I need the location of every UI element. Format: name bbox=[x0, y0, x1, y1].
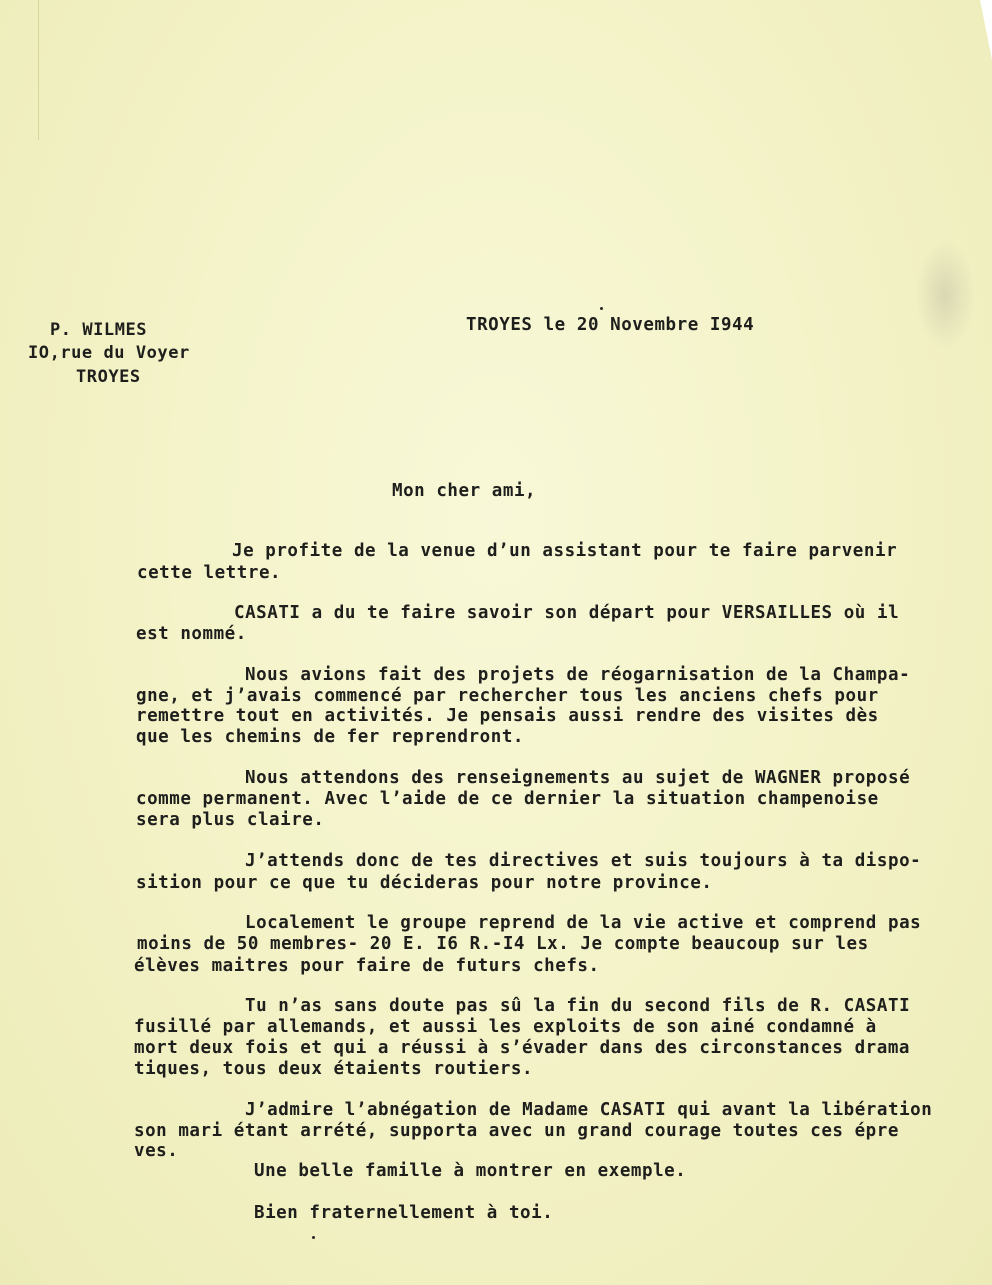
letter-page: P. WILMES IO,rue du Voyer TROYES TROYES … bbox=[0, 0, 992, 1285]
body-line: remettre tout en activités. Je pensais a… bbox=[136, 706, 879, 726]
body-line: mort deux fois et qui a réussi à s’évade… bbox=[134, 1038, 910, 1058]
body-line: ves. bbox=[134, 1141, 178, 1161]
body-line: Nous avions fait des projets de réogarni… bbox=[245, 665, 910, 685]
sender-name: P. WILMES bbox=[50, 320, 147, 340]
body-line: CASATI a du te faire savoir son départ p… bbox=[234, 603, 899, 623]
body-line: gne, et j’avais commencé par rechercher … bbox=[136, 686, 879, 706]
ink-dot bbox=[600, 307, 603, 310]
body-line: Nous attendons des renseignements au suj… bbox=[245, 768, 910, 788]
body-line: sera plus claire. bbox=[136, 810, 324, 830]
dateline: TROYES le 20 Novembre I944 bbox=[466, 315, 754, 335]
ink-dot bbox=[312, 1236, 315, 1239]
body-line: sition pour ce que tu décideras pour not… bbox=[136, 873, 712, 893]
paper-smudge bbox=[915, 240, 975, 350]
body-line: est nommé. bbox=[136, 624, 247, 644]
sender-city: TROYES bbox=[76, 367, 141, 387]
body-line: élèves maitres pour faire de futurs chef… bbox=[134, 956, 600, 976]
body-line: Une belle famille à montrer en exemple. bbox=[254, 1161, 686, 1181]
salutation: Mon cher ami, bbox=[392, 481, 536, 501]
closing: Bien fraternellement à toi. bbox=[254, 1203, 553, 1223]
body-line: Je profite de la venue d’un assistant po… bbox=[232, 541, 897, 561]
body-line: comme permanent. Avec l’aide de ce derni… bbox=[136, 789, 879, 809]
paper-fold-line bbox=[38, 0, 39, 140]
body-line: J’admire l’abnégation de Madame CASATI q… bbox=[245, 1100, 932, 1120]
sender-address: IO,rue du Voyer bbox=[28, 343, 190, 363]
body-line: moins de 50 membres- 20 E. I6 R.-I4 Lx. … bbox=[137, 934, 869, 954]
body-line: fusillé par allemands, et aussi les expl… bbox=[134, 1017, 877, 1037]
torn-corner bbox=[980, 0, 992, 60]
body-line: Localement le groupe reprend de la vie a… bbox=[245, 913, 921, 933]
body-line: que les chemins de fer reprendront. bbox=[136, 727, 524, 747]
body-line: Tu n’as sans doute pas sû la fin du seco… bbox=[245, 996, 910, 1016]
body-line: tiques, tous deux étaients routiers. bbox=[134, 1059, 533, 1079]
body-line: J’attends donc de tes directives et suis… bbox=[245, 851, 921, 871]
body-line: son mari étant arrété, supporta avec un … bbox=[134, 1121, 899, 1141]
body-line: cette lettre. bbox=[137, 563, 281, 583]
